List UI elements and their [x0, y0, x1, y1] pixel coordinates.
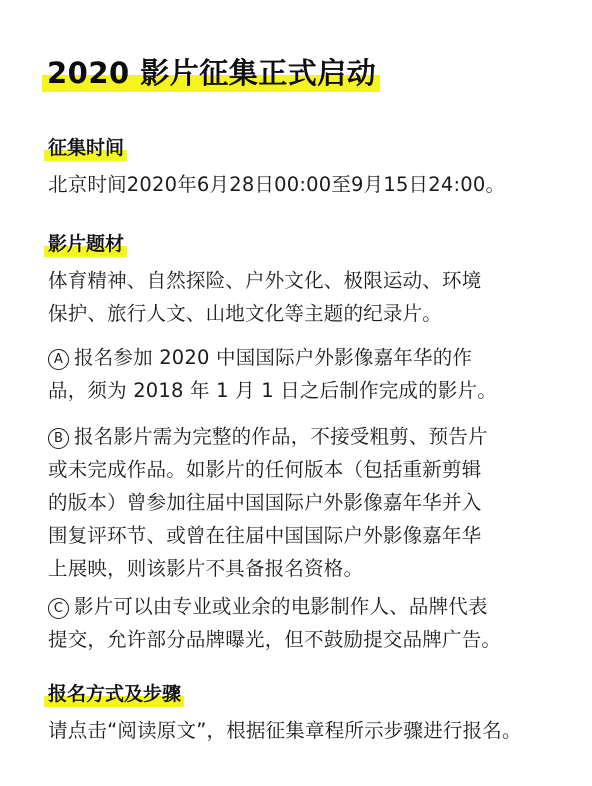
text-line: 上展映，则该影片不具备报名资格。 [48, 552, 578, 585]
section-heading-film-topics: 影片题材 [44, 232, 127, 256]
film-topics-paragraph: 体育精神、自然探险、户外文化、极限运动、环境 保护、旅行人文、山地文化等主题的纪… [48, 264, 578, 330]
text-line: B报名影片需为完整的作品，不接受粗剪、预告片 [48, 420, 578, 453]
text-line: 品，须为 2018 年 1 月 1 日之后制作完成的影片。 [48, 374, 578, 407]
rule-c-paragraph: C影片可以由专业或业余的电影制作人、品牌代表 提交，允许部分品牌曝光，但不鼓励提… [48, 590, 578, 656]
text-line: 北京时间2020年6月28日00:00至9月15日24:00。 [48, 168, 578, 201]
text-line: 保护、旅行人文、山地文化等主题的纪录片。 [48, 297, 578, 330]
section-heading-text: 报名方式及步骤 [48, 683, 181, 705]
section-heading-text: 征集时间 [48, 137, 124, 159]
text-line: 或未完成作品。如影片的任何版本（包括重新剪辑 [48, 453, 578, 486]
text-line: 体育精神、自然探险、户外文化、极限运动、环境 [48, 264, 578, 297]
rule-a-paragraph: A报名参加 2020 中国国际户外影像嘉年华的作 品，须为 2018 年 1 月… [48, 341, 578, 407]
text-line: 的版本）曾参加往届中国国际户外影像嘉年华并入 [48, 486, 578, 519]
section-heading-registration: 报名方式及步骤 [44, 682, 184, 706]
rule-text: 报名影片需为完整的作品，不接受粗剪、预告片 [74, 425, 488, 448]
text-line: 提交，允许部分品牌曝光，但不鼓励提交品牌广告。 [48, 623, 578, 656]
text-line: 请点击“阅读原文”，根据征集章程所示步骤进行报名。 [48, 714, 578, 747]
rule-text: 影片可以由专业或业余的电影制作人、品牌代表 [74, 595, 488, 618]
text-line: 围复评环节、或曾在往届中国国际户外影像嘉年华 [48, 519, 578, 552]
section-heading-text: 影片题材 [48, 233, 124, 255]
collection-time-paragraph: 北京时间2020年6月28日00:00至9月15日24:00。 [48, 168, 578, 201]
rule-b-paragraph: B报名影片需为完整的作品，不接受粗剪、预告片 或未完成作品。如影片的任何版本（包… [48, 420, 578, 585]
circled-c-icon: C [48, 598, 69, 619]
rule-text: 报名参加 2020 中国国际户外影像嘉年华的作 [74, 346, 472, 369]
section-heading-collection-time: 征集时间 [44, 136, 127, 160]
registration-paragraph: 请点击“阅读原文”，根据征集章程所示步骤进行报名。 [48, 714, 578, 747]
circled-b-icon: B [48, 428, 69, 449]
text-line: A报名参加 2020 中国国际户外影像嘉年华的作 [48, 341, 578, 374]
title-block: 2020 影片征集正式启动 [42, 56, 380, 90]
page-title: 2020 影片征集正式启动 [42, 56, 380, 90]
text-line: C影片可以由专业或业余的电影制作人、品牌代表 [48, 590, 578, 623]
page-title-text: 2020 影片征集正式启动 [47, 56, 376, 90]
circled-a-icon: A [48, 349, 69, 370]
